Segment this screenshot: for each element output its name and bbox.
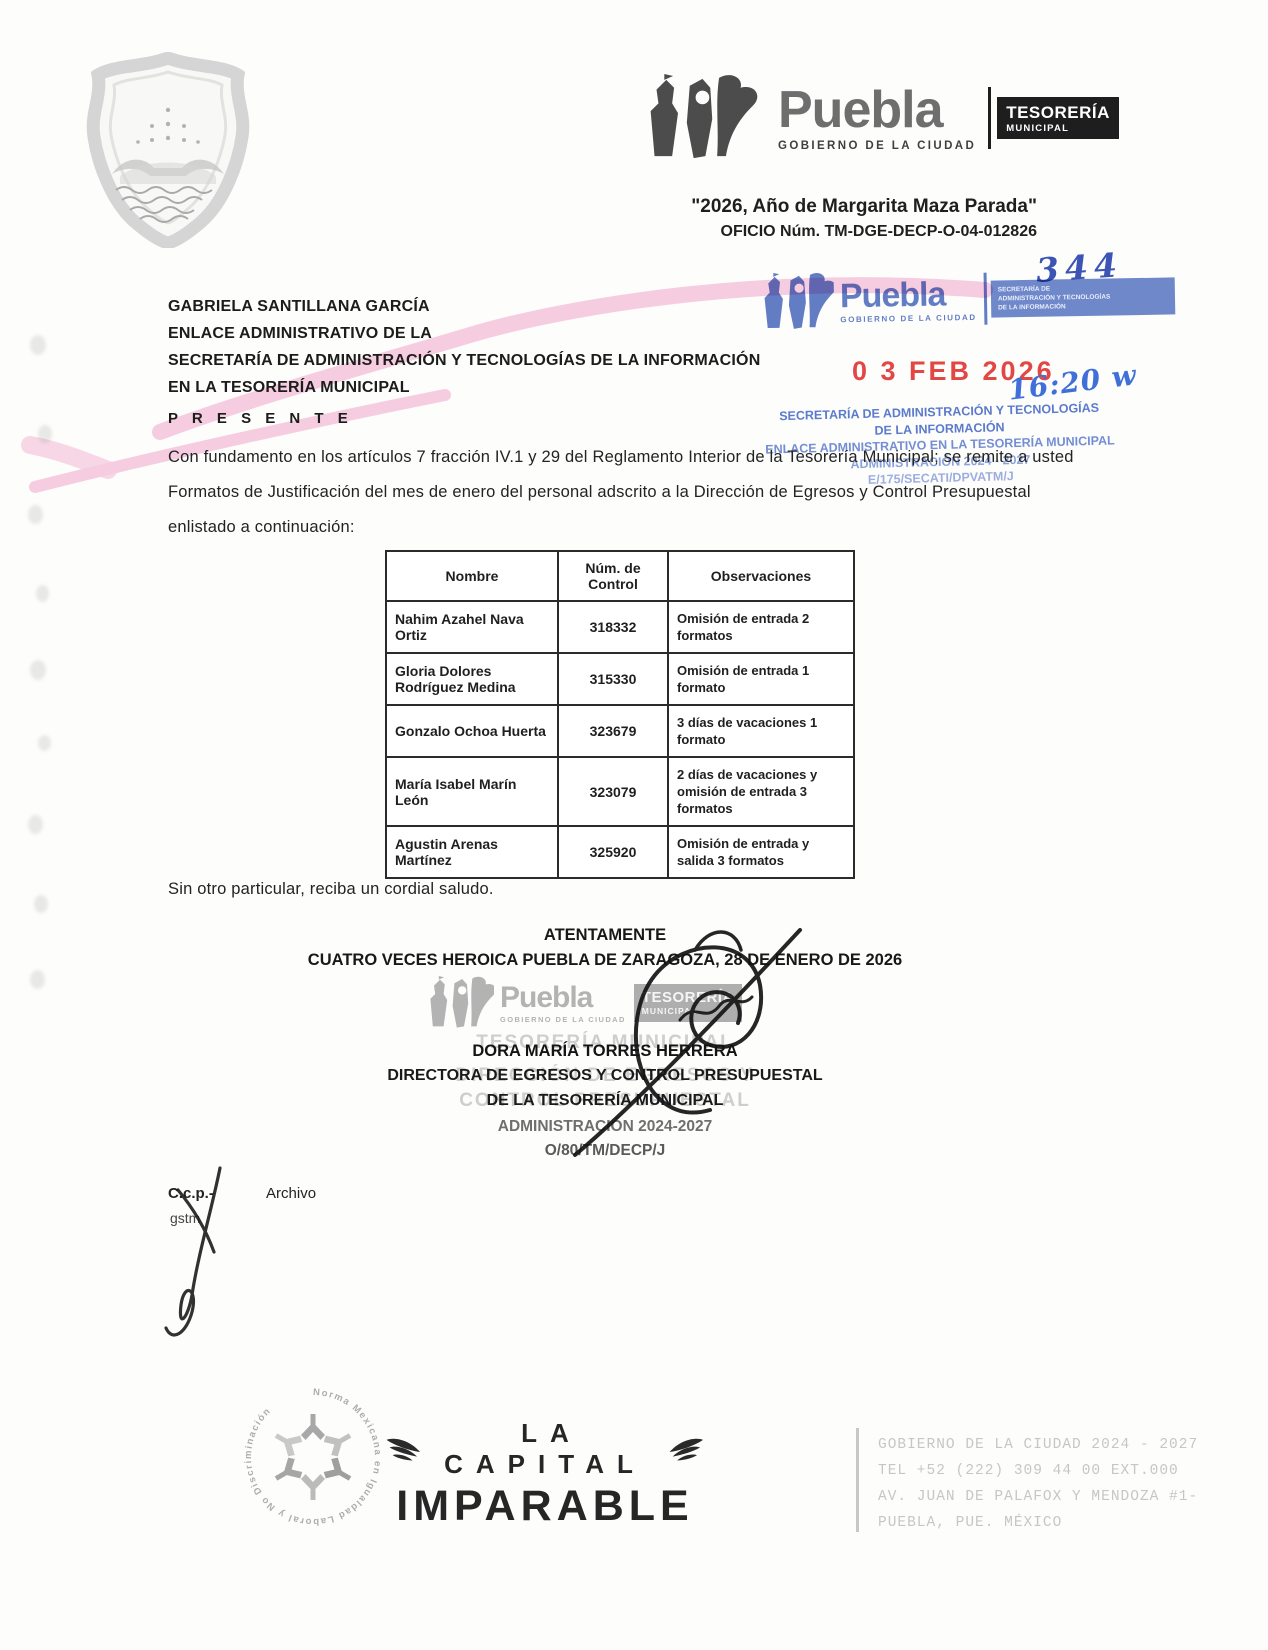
oficio-number: OFICIO Núm. TM-DGE-DECP-O-04-012826 xyxy=(437,223,1037,241)
recipient-line: ENLACE ADMINISTRATIVO DE LA xyxy=(168,320,760,347)
stamp-secretaria-box: SECRETARÍA DE ADMINISTRACIÓN Y TECNOLOGÍ… xyxy=(991,277,1176,317)
recipient-line: EN LA TESORERÍA MUNICIPAL xyxy=(168,374,760,401)
table-header-cell: Nombre xyxy=(386,551,558,601)
norma-badge-text: Norma Mexicana en Igualdad Laboral y No … xyxy=(243,1387,383,1527)
table-row: Gonzalo Ochoa Huerta 323679 3 días de va… xyxy=(386,705,854,757)
body-paragraph: Con fundamento en los artículos 7 fracci… xyxy=(168,440,1076,545)
stamp-brand-sub: GOBIERNO DE LA CIUDAD xyxy=(840,312,977,323)
pen-mark xyxy=(148,1160,288,1360)
recipient-block: GABRIELA SANTILLANA GARCÍA ENLACE ADMINI… xyxy=(168,293,760,432)
footer-address-line: AV. JUAN DE PALAFOX Y MENDOZA #1- xyxy=(878,1484,1198,1510)
wing-left-icon xyxy=(385,1431,422,1467)
table-cell: 323079 xyxy=(558,757,668,826)
table-cell: 3 días de vacaciones 1 formato xyxy=(668,705,854,757)
logo-divider xyxy=(988,87,991,149)
table-header-row: Nombre Núm. de Control Observaciones xyxy=(386,551,854,601)
table-row: María Isabel Marín León 323079 2 días de… xyxy=(386,757,854,826)
table-cell: Agustin Arenas Martínez xyxy=(386,826,558,878)
closing-line: Sin otro particular, reciba un cordial s… xyxy=(168,872,494,907)
recipient-line: GABRIELA SANTILLANA GARCÍA xyxy=(168,293,760,320)
footer-address-line: GOBIERNO DE LA CIUDAD 2024 - 2027 xyxy=(878,1432,1198,1458)
capital-bottom-text: IMPARABLE xyxy=(385,1482,705,1531)
salutation: P R E S E N T E xyxy=(168,405,760,432)
table-header-cell: Observaciones xyxy=(668,551,854,601)
svg-text:Norma Mexicana en Igualdad Lab: Norma Mexicana en Igualdad Laboral y No … xyxy=(243,1387,383,1527)
puebla-icons-blue xyxy=(761,270,834,333)
norma-badge: Norma Mexicana en Igualdad Laboral y No … xyxy=(238,1382,388,1532)
year-motto: "2026, Año de Margarita Maza Parada" xyxy=(437,196,1037,218)
signature-scribble xyxy=(545,905,845,1165)
brand-wordmark: Puebla xyxy=(778,84,976,136)
scanned-document-page: Puebla GOBIERNO DE LA CIUDAD TESORERÍA M… xyxy=(0,0,1268,1650)
received-stamp-logo: Puebla GOBIERNO DE LA CIUDAD SECRETARÍA … xyxy=(761,264,1175,333)
scan-smudge xyxy=(28,505,43,524)
table-cell: Gloria Dolores Rodríguez Medina xyxy=(386,653,558,705)
scan-smudge xyxy=(34,895,48,913)
puebla-icons xyxy=(633,74,768,162)
scan-smudge xyxy=(38,425,52,443)
table-cell: 323679 xyxy=(558,705,668,757)
scan-smudge xyxy=(36,585,49,602)
table-cell: 325920 xyxy=(558,826,668,878)
tesoreria-badge: TESORERÍA MUNICIPAL xyxy=(997,97,1119,140)
table-cell: Omisión de entrada 1 formato xyxy=(668,653,854,705)
badge-line1: TESORERÍA xyxy=(1006,104,1110,121)
scan-smudge xyxy=(30,970,45,989)
justification-table: Nombre Núm. de Control Observaciones Nah… xyxy=(385,550,855,879)
brand-subtitle: GOBIERNO DE LA CIUDAD xyxy=(778,140,976,152)
puebla-logo: Puebla GOBIERNO DE LA CIUDAD TESORERÍA M… xyxy=(633,74,1119,162)
footer-divider xyxy=(856,1428,859,1532)
scan-smudge xyxy=(28,815,43,834)
scan-smudge xyxy=(30,335,46,355)
scan-smudge xyxy=(38,735,51,751)
table-row: Nahim Azahel Nava Ortiz 318332 Omisión d… xyxy=(386,601,854,653)
capital-top-text: LA CAPITAL xyxy=(428,1418,663,1480)
table-cell: 315330 xyxy=(558,653,668,705)
table-cell: María Isabel Marín León xyxy=(386,757,558,826)
table-cell: 318332 xyxy=(558,601,668,653)
table-row: Agustin Arenas Martínez 325920 Omisión d… xyxy=(386,826,854,878)
puebla-coat-of-arms xyxy=(82,52,254,248)
puebla-icons-gray xyxy=(428,975,494,1031)
norma-badge-emblem xyxy=(270,1414,356,1500)
badge-line2: MUNICIPAL xyxy=(1006,124,1110,134)
capital-imparable-logo: LA CAPITAL IMPARABLE xyxy=(385,1418,705,1531)
scan-smudge xyxy=(30,660,46,680)
wing-right-icon xyxy=(668,1431,705,1467)
table-cell: Nahim Azahel Nava Ortiz xyxy=(386,601,558,653)
table-header-cell: Núm. de Control xyxy=(558,551,668,601)
footer-address-line: TEL +52 (222) 309 44 00 EXT.000 xyxy=(878,1458,1198,1484)
stamp-brand: Puebla xyxy=(840,276,977,312)
stamp-divider xyxy=(984,273,987,325)
table-cell: Omisión de entrada 2 formatos xyxy=(668,601,854,653)
table-cell: 2 días de vacaciones y omisión de entrad… xyxy=(668,757,854,826)
table-cell: Omisión de entrada y salida 3 formatos xyxy=(668,826,854,878)
footer-address-line: PUEBLA, PUE. MÉXICO xyxy=(878,1510,1198,1536)
table-row: Gloria Dolores Rodríguez Medina 315330 O… xyxy=(386,653,854,705)
footer-address: GOBIERNO DE LA CIUDAD 2024 - 2027 TEL +5… xyxy=(878,1432,1198,1536)
table-cell: Gonzalo Ochoa Huerta xyxy=(386,705,558,757)
recipient-line: SECRETARÍA DE ADMINISTRACIÓN Y TECNOLOGÍ… xyxy=(168,347,760,374)
